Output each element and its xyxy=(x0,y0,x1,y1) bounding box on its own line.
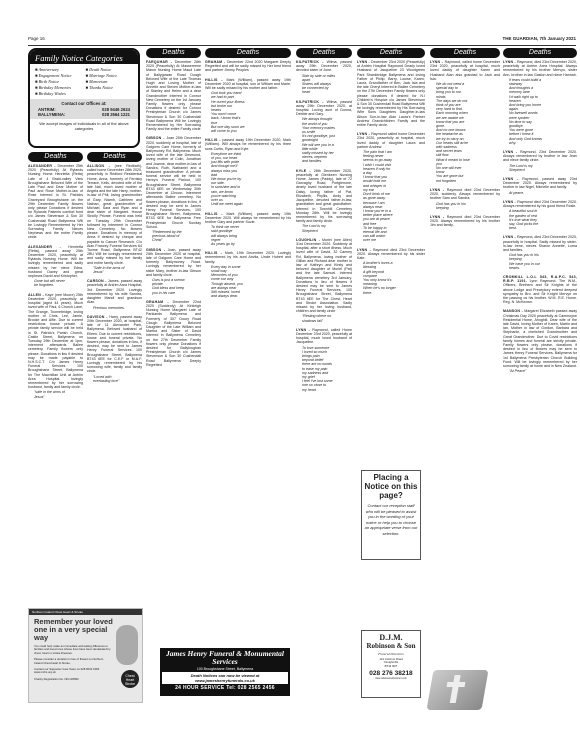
death-notice: LYNN - Raymond, died 23rd December 2020,… xyxy=(503,235,577,270)
ad-line3: Contact our Supporter Care Team on 028 9… xyxy=(34,668,112,675)
notice-text: (nee Redbath), called home December 28th… xyxy=(87,164,142,265)
deaths-section-header: Deaths xyxy=(503,48,577,58)
deaths-section-header: Deaths xyxy=(296,48,352,58)
ad-charity: Charity Registration No. NIC103593 xyxy=(34,678,112,681)
notice-verse: A brother's loves a blessing A gift beyo… xyxy=(357,261,425,295)
jh-notice: Death Notices can now be viewed at www.j… xyxy=(162,672,288,684)
notice-verse: "Safe in the arms of Jesus" xyxy=(87,266,142,274)
death-notice: LYNN - Raymond died 23rd December 2020. … xyxy=(503,200,577,230)
deaths-section-header: Deaths xyxy=(28,152,83,162)
james-henry-funeral-ad[interactable]: James Henry Funeral & Monumental Service… xyxy=(160,648,290,696)
jh-title: James Henry Funeral & Monumental Service… xyxy=(162,650,288,666)
notice-verse: God took you hand we had to part He cure… xyxy=(205,91,291,133)
notice-text: December 23rd 2020 (Peacefully) at Antri… xyxy=(357,60,425,127)
publication-date: THE GUARDIAN, 7th January 2021 xyxy=(502,36,576,45)
death-notice: GRAHAM - December 22nd 2020 Margaret Dee… xyxy=(205,60,291,73)
death-notice: HILLIS - Mark (William), passed away 19t… xyxy=(205,78,291,134)
death-notice: LYNN - Raymond, 23rd December 2020. Alwa… xyxy=(503,150,577,172)
jh-service: 24 HOUR SERVICE Tel: 028 2565 2456 xyxy=(162,685,288,691)
contact-title: Contact our Offices at: xyxy=(38,101,130,106)
death-notice: ALEXANDER - December 25th 2020 (Peaceful… xyxy=(28,164,83,240)
deaths-column-5: DeathsKILPATRICK - Wilma, passed away 29… xyxy=(296,48,352,737)
notice-text: Joan, passed away 25th December 2020 at … xyxy=(146,248,201,277)
category-item: Birthday Wishes xyxy=(35,91,83,96)
notice-text: December 22nd 2020 (Suddenly) At Kirklei… xyxy=(146,300,201,367)
death-notice: CROMKILL L.O.L 543, R.A.P.C. 543, R.B.P.… xyxy=(503,275,577,304)
death-notice: MANSON - Margaret Elizabeth passed away … xyxy=(503,309,577,373)
notice-verse: We do not need a special day to bring yo… xyxy=(430,82,500,183)
category-item: Memoriam xyxy=(86,79,134,84)
death-notice: HILLIS - Mark, 19th December 2020. Lovin… xyxy=(205,251,291,298)
deaths-section-header: Deaths xyxy=(146,48,201,58)
notice-verse: If tears could build a stairway And thou… xyxy=(503,78,577,145)
deaths-column-3: DeathsFARQUHAR - December 28th 2020 (Pea… xyxy=(146,48,201,648)
office-name: BALLYMENA: xyxy=(38,112,65,117)
djm-web: www.robinsonsofculcrum.com xyxy=(364,677,418,680)
death-notice: KYLE - 28th December 2020, peacefully at… xyxy=(296,169,352,233)
notice-verse: Ours is just a sorrow private God bless … xyxy=(146,278,201,295)
death-notice: HILLIS - passed away 19th December 2020,… xyxy=(205,138,291,206)
category-item: Birthday Memories xyxy=(35,85,83,90)
death-notice: LYNN - Raymond died 23rd December 2020. … xyxy=(357,248,425,295)
death-notice: ALEXANDER - Henrietta (Retta), passed aw… xyxy=(28,245,83,288)
notice-verse: At peace. xyxy=(503,191,577,195)
heart-graphic-icon xyxy=(116,625,138,665)
notice-text: Margaret Elizabeth passed away Christmas… xyxy=(503,309,577,368)
notice-verse: Every day in some small way Memories of … xyxy=(205,265,291,299)
death-notice: LOUGHLIN - Muriel (nee Allen) 31st Decem… xyxy=(296,238,352,323)
death-notice: LYNN - Raymond died 23rd December 2020, … xyxy=(430,188,500,210)
death-notice: KILPATRICK - Wilma, passed away 29th Dec… xyxy=(296,100,352,164)
djm-address3: BT44 9DT xyxy=(364,665,418,668)
deaths-column-2: DeathsALLISON - (nee Redbath), called ho… xyxy=(87,152,142,604)
djm-name1: D.J.M. xyxy=(364,633,418,642)
deaths-section-header: Deaths xyxy=(87,152,142,162)
notice-verse: Gone but will never be forgotten. xyxy=(28,279,83,287)
notice-verse: To think we never said goodbye will alwa… xyxy=(205,225,291,246)
death-notice: FARQUHAR - December 28th 2020 (Peacefull… xyxy=(146,60,201,131)
images-note: We accept images of individuals in all o… xyxy=(30,119,138,133)
deaths-column-7: DeathsLYNN - Raymond, called home Decemb… xyxy=(430,48,500,668)
djm-robinson-ad[interactable]: D.J.M. Robinson & Son Funeral Directors … xyxy=(361,630,421,698)
djm-phone: 028 276 38218 xyxy=(364,670,418,677)
category-item: Engagement Notice xyxy=(35,73,83,78)
notice-text: Henrietta (Retta), passed away 25th Dece… xyxy=(28,245,83,278)
notice-verse: "Resting where no shadows fall" xyxy=(296,314,352,322)
death-notice: LYNN - December 23rd 2020 (Peacefully) a… xyxy=(357,60,425,127)
category-item: Marriage Notice xyxy=(86,73,134,78)
notice-text: Lynn Raymond. The W.M., Officers, Brethe… xyxy=(503,279,577,304)
death-notice: LYNN - Raymond, passed away 23rd Decembe… xyxy=(503,177,577,195)
notice-verse: "safe in the arms of Jesus" xyxy=(28,390,83,398)
office-ballymena: BALLYMENA: 028 2564 1221 xyxy=(38,112,130,117)
death-notice: LYNN - Raymond died 23rd December 2020. … xyxy=(430,215,500,228)
notice-verse: The Lord is my Shepherd xyxy=(296,224,352,232)
chest-heart-stroke-logo-icon: Chest Heart Stroke xyxy=(121,670,139,688)
death-notice: DAVISON - Harry, passed away 20th Decemb… xyxy=(87,315,142,383)
chest-heart-stroke-ad[interactable]: Northern Ireland Chest Heart & Stroke Re… xyxy=(28,608,143,703)
notice-verse: "Redeemed by the precious blood of Chris… xyxy=(146,230,201,243)
category-item: Anniversary xyxy=(35,67,83,72)
notice-text: Joan 25th December 2020, suddenly at hos… xyxy=(146,136,201,228)
notice-text: Harry, passed away 20th December 2020, a… xyxy=(87,315,142,374)
notice-verse: We always thought the world of you Your … xyxy=(296,117,352,163)
contact-offices: Contact our Offices at: ANTRIM: 028 9446… xyxy=(30,99,138,119)
notice-verse: "Loved with everlasting love" xyxy=(87,375,142,383)
notice-verse: Precious memories. xyxy=(87,306,142,310)
placing-headline: Placing a Notice on this page? xyxy=(364,473,418,500)
categories-title: Family Notice Categories xyxy=(30,50,138,64)
notice-verse: "At Peace" xyxy=(503,369,577,373)
category-item: Thanks Notice xyxy=(86,85,134,90)
djm-role: Funeral Directors xyxy=(364,652,418,656)
notice-verse: God has you in his keeping We have you i… xyxy=(503,253,577,270)
deaths-column-4: DeathsGRAHAM - December 22nd 2020 Margar… xyxy=(205,48,291,643)
death-notice: ALLISON - (nee Redbath), called home Dec… xyxy=(87,164,142,274)
notice-verse: To love someone I loved so much brings p… xyxy=(296,346,352,392)
notice-text: James, passed away peacefully at Antrim … xyxy=(87,279,142,304)
notice-text: Muriel (nee Allen) 31st December 2020. S… xyxy=(296,238,352,313)
death-notice: CARSON - James, passed away peacefully a… xyxy=(87,279,142,309)
deaths-section-header: Deaths xyxy=(205,48,291,58)
death-notice: GIBSON - Joan, passed away 25th December… xyxy=(146,248,201,295)
ad-body: You could help make an immediate and las… xyxy=(34,645,112,655)
ad-line2: Please consider a donation in lieu of fl… xyxy=(34,658,112,665)
page-number: Page 16 xyxy=(28,36,45,45)
notice-verse: Side by side or miles apart Sisters will… xyxy=(296,74,352,95)
notice-text: 28th December 2020, peacefully at Glenke… xyxy=(296,169,352,223)
death-notice: KILPATRICK - Wilma, passed away 29th Dec… xyxy=(296,60,352,95)
deaths-column-1: DeathsALEXANDER - December 25th 2020 (Pe… xyxy=(28,152,83,604)
placing-body: Contact our reception staff who will be … xyxy=(364,503,418,536)
masthead: Page 16 THE GUARDIAN, 7th January 2021 xyxy=(28,36,576,46)
notice-verse: A beautiful soul in the garden of rest I… xyxy=(503,209,577,230)
notice-verse: God has you in his keeping xyxy=(430,202,500,210)
deaths-column-8: DeathsLYNN - Raymond, died 23rd December… xyxy=(503,48,577,737)
placing-notice-box: Placing a Notice on this page? Contact o… xyxy=(361,470,421,560)
ad-top-label: Northern Ireland Chest Heart & Stroke xyxy=(29,609,142,615)
notice-text: Kaye (nee Moore) 25th December 2020, pea… xyxy=(28,293,83,389)
category-item: Death Notice xyxy=(86,67,134,72)
death-notice: GIBSON - Joan 25th December 2020, sudden… xyxy=(146,136,201,242)
death-notice: HILLIS - Mark (William), passed away 19t… xyxy=(205,212,291,247)
notice-verse: Everytime we think of you, our heart jus… xyxy=(205,152,291,207)
djm-name2: Robinson & Son xyxy=(364,642,418,650)
notice-text: December 25th 2020 (Peacefully) At Rylan… xyxy=(28,164,83,239)
death-notice: LYNN - Raymond, called Home December 23r… xyxy=(296,328,352,392)
ad-headline: Remember your loved one in a very specia… xyxy=(34,618,114,642)
jh-address: 100 Broughshane Street, Ballymena xyxy=(162,667,288,671)
categories-list: Anniversary Death Notice Engagement Noti… xyxy=(30,64,138,99)
notice-verse: The pain that I am feeling never seems t… xyxy=(357,150,425,242)
deaths-section-header: Deaths xyxy=(430,48,500,58)
office-phone: 028 2564 1221 xyxy=(102,112,130,117)
death-notice: LYNN - Raymond called home December 23rd… xyxy=(357,132,425,242)
notice-text: December 28th 2020 (Peacefully) At Masse… xyxy=(146,60,201,131)
deaths-column-6: DeathsLYNN - December 23rd 2020 (Peacefu… xyxy=(357,48,425,466)
bible-cross-icon xyxy=(426,670,488,710)
death-notice: ALLEN - Kaye (nee Moore) 25th December 2… xyxy=(28,293,83,399)
family-notice-categories: Family Notice Categories Anniversary Dea… xyxy=(28,48,140,148)
category-item: Birth Notice xyxy=(35,79,83,84)
death-notice: LYNN - Raymond, called home December 23r… xyxy=(430,60,500,183)
death-notice: LYNN - Raymond, died 23rd December 2020,… xyxy=(503,60,577,145)
death-notice: GRAHAM - December 22nd 2020 (Suddenly) A… xyxy=(146,300,201,367)
notice-verse: The Lord is my Shepherd xyxy=(503,164,577,172)
deaths-section-header: Deaths xyxy=(357,48,425,58)
